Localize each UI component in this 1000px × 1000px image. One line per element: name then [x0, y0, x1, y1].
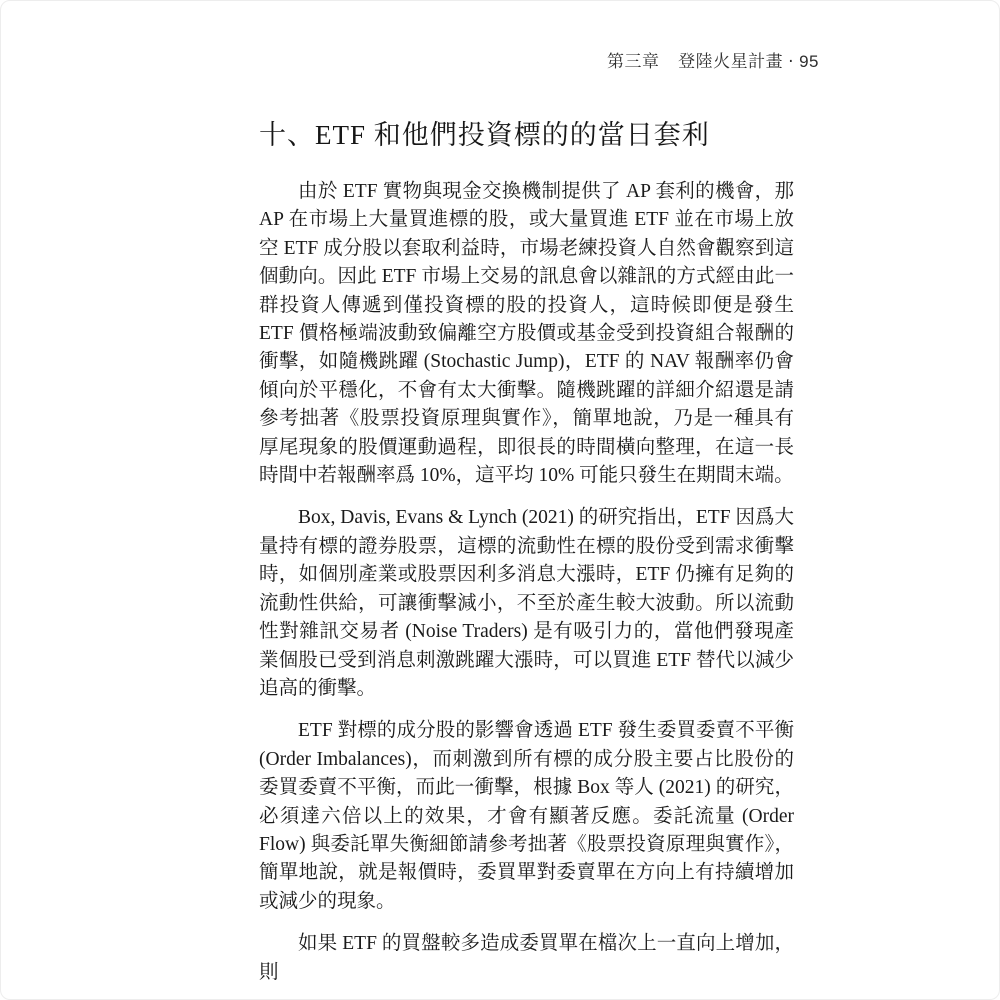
section-heading: 十、ETF 和他們投資標的的當日套利 — [259, 113, 794, 152]
paragraph-4: 如果 ETF 的買盤較多造成委買單在檔次上一直向上增加，則 — [259, 930, 794, 987]
chapter-label: 第三章 — [607, 52, 660, 71]
page-body: 十、ETF 和他們投資標的的當日套利 由於 ETF 實物與現金交換機制提供了 A… — [259, 113, 794, 1000]
chapter-section-title: 登陸火星計畫 — [678, 52, 783, 71]
book-page: 第三章登陸火星計畫‧95 十、ETF 和他們投資標的的當日套利 由於 ETF 實… — [0, 0, 1000, 1000]
paragraph-1: 由於 ETF 實物與現金交換機制提供了 AP 套利的機會，那 AP 在市場上大量… — [259, 178, 794, 490]
paragraph-3: ETF 對標的成分股的影響會透過 ETF 發生委買委賣不平衡 (Order Im… — [259, 717, 794, 916]
paragraph-2: Box, Davis, Evans & Lynch (2021) 的研究指出，E… — [259, 504, 794, 703]
header-separator-dot: ‧ — [788, 52, 794, 71]
running-header: 第三章登陸火星計畫‧95 — [607, 47, 819, 72]
page-number: 95 — [799, 52, 819, 71]
